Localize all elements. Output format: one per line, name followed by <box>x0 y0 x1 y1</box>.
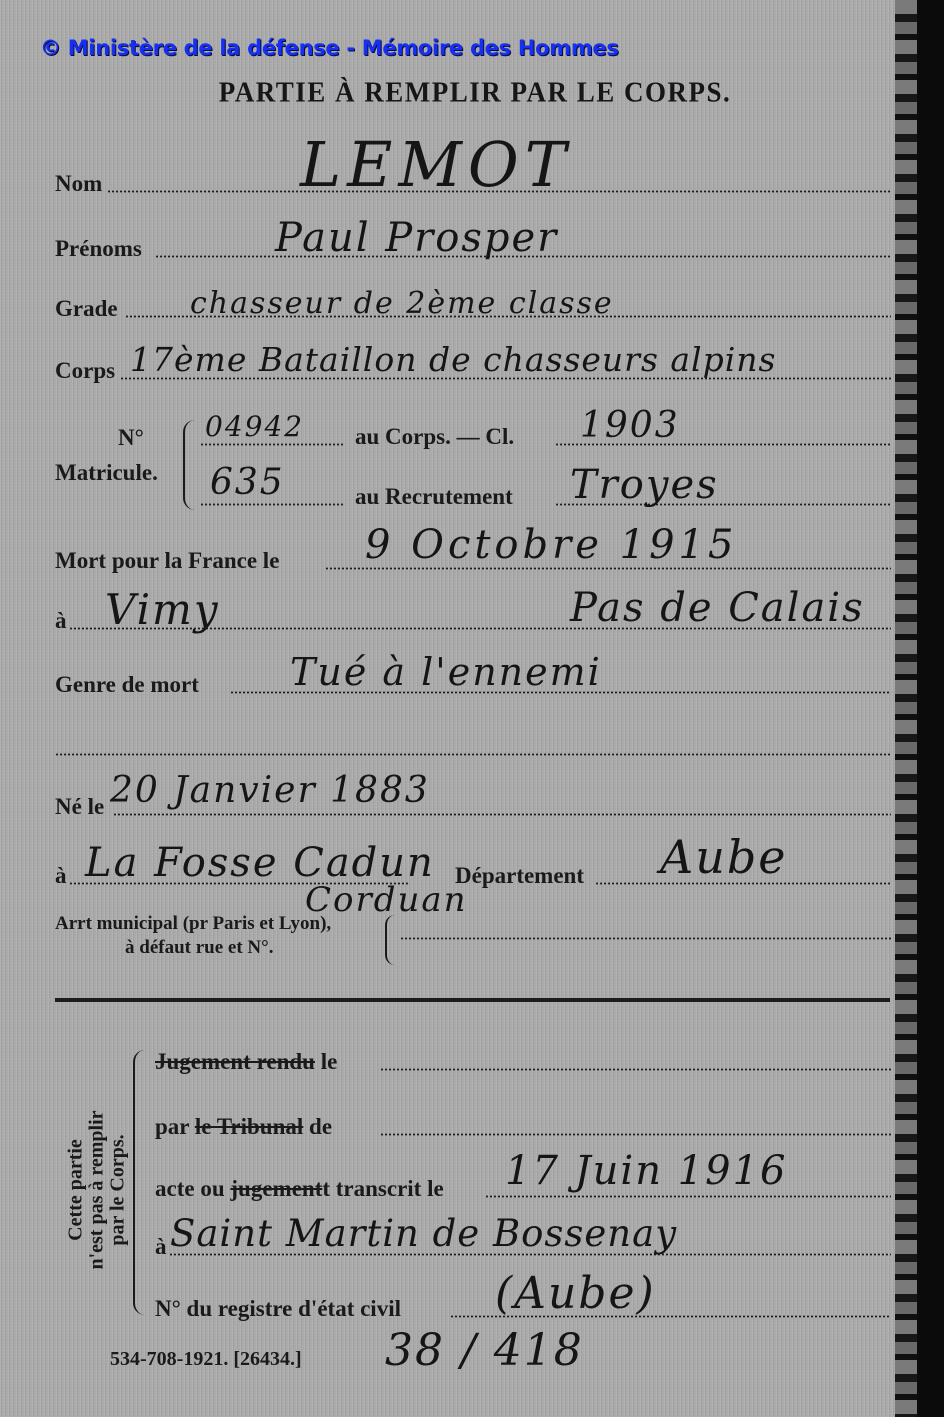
departement-deces-value: Pas de Calais <box>570 585 865 631</box>
matricule-recrutement-value: 635 <box>210 462 285 503</box>
dotted-line <box>380 1133 891 1136</box>
date-deces-value: 9 Octobre 1915 <box>365 522 737 568</box>
field-label: Grade <box>55 296 118 322</box>
departement-naissance-value: Aube <box>660 830 788 884</box>
field-label: Nom <box>55 171 102 197</box>
date-transcription-value: 17 Juin 1916 <box>505 1148 787 1194</box>
prenoms-value: Paul Prosper <box>275 215 558 261</box>
side-note: Cette partie n'est pas à remplir par le … <box>52 1040 142 1340</box>
dotted-line <box>450 1315 891 1318</box>
field-label: Prénoms <box>55 236 142 262</box>
field-label: Mort pour la France le <box>55 548 279 574</box>
side-note-line: n'est pas à remplir <box>87 1110 108 1269</box>
label-text: t transcrit le <box>322 1176 443 1201</box>
date-naissance-value: 20 Janvier 1883 <box>110 770 430 811</box>
form-heading: PARTIE À REMPLIR PAR LE CORPS. <box>0 76 944 109</box>
label-text: par <box>155 1114 189 1139</box>
dotted-line <box>200 503 345 506</box>
card-edge-scan-border <box>895 0 944 1417</box>
brace <box>385 915 395 965</box>
copyright-watermark: © Ministère de la défense - Mémoire des … <box>40 36 619 60</box>
lieu-deces-value: Vimy <box>105 585 220 634</box>
field-label: à <box>55 608 67 634</box>
dotted-line <box>400 937 891 940</box>
field-registre: N° du registre d'état civil <box>155 1290 891 1324</box>
side-note-line: Cette partie <box>66 1110 87 1269</box>
grade-value: chasseur de 2ème classe <box>190 286 614 321</box>
brace <box>183 420 195 510</box>
struck-text: le Tribunal <box>195 1114 303 1139</box>
field-label: Corps <box>55 358 115 384</box>
dotted-line <box>113 813 891 816</box>
matricule-corps-value: 04942 <box>205 410 304 443</box>
dotted-line <box>200 443 345 446</box>
struck-text: Jugement rendu <box>155 1049 315 1074</box>
dotted-line <box>55 753 891 756</box>
side-note-line: par le Corps. <box>108 1110 129 1269</box>
section-divider <box>55 998 890 1002</box>
field-label: acte ou jugementt transcrit le <box>155 1176 444 1202</box>
brace <box>133 1050 147 1315</box>
field-label: au Corps. — Cl. <box>355 424 514 450</box>
label-text: le <box>321 1049 338 1074</box>
field-label: à <box>155 1234 167 1260</box>
label-text: acte ou <box>155 1176 225 1201</box>
field-label: par le Tribunal de <box>155 1114 332 1140</box>
registre-value: 38 / 418 <box>385 1325 584 1376</box>
field-label: Genre de mort <box>55 672 199 698</box>
genre-mort-value: Tué à l'ennemi <box>290 650 602 694</box>
lieu-transcription-value: Saint Martin de Bossenay <box>170 1212 677 1255</box>
classe-value: 1903 <box>580 405 680 446</box>
record-card: © Ministère de la défense - Mémoire des … <box>0 0 905 1417</box>
print-code: 534-708-1921. [26434.] <box>110 1348 302 1371</box>
dotted-line <box>485 1195 891 1198</box>
field-label: Né le <box>55 794 104 820</box>
field-jugement: Jugement rendu le <box>155 1043 891 1077</box>
corps-value: 17ème Bataillon de chasseurs alpins <box>130 340 776 379</box>
recrutement-place-value: Troyes <box>570 462 719 508</box>
field-tribunal: par le Tribunal de <box>155 1108 891 1142</box>
label-text: de <box>309 1114 332 1139</box>
struck-text: jugement <box>230 1176 322 1201</box>
field-label-departement: Département <box>455 863 584 889</box>
field-label: N° du registre d'état civil <box>155 1296 401 1322</box>
field-label: à <box>55 863 67 889</box>
field-arrondissement <box>400 912 891 946</box>
dotted-line <box>380 1068 891 1071</box>
field-matricule-recrutement: au Recrutement <box>200 478 891 512</box>
field-label: Jugement rendu le <box>155 1049 337 1075</box>
nom-value: LEMOT <box>300 128 572 201</box>
field-blank <box>55 728 891 762</box>
field-label: au Recrutement <box>355 484 513 510</box>
